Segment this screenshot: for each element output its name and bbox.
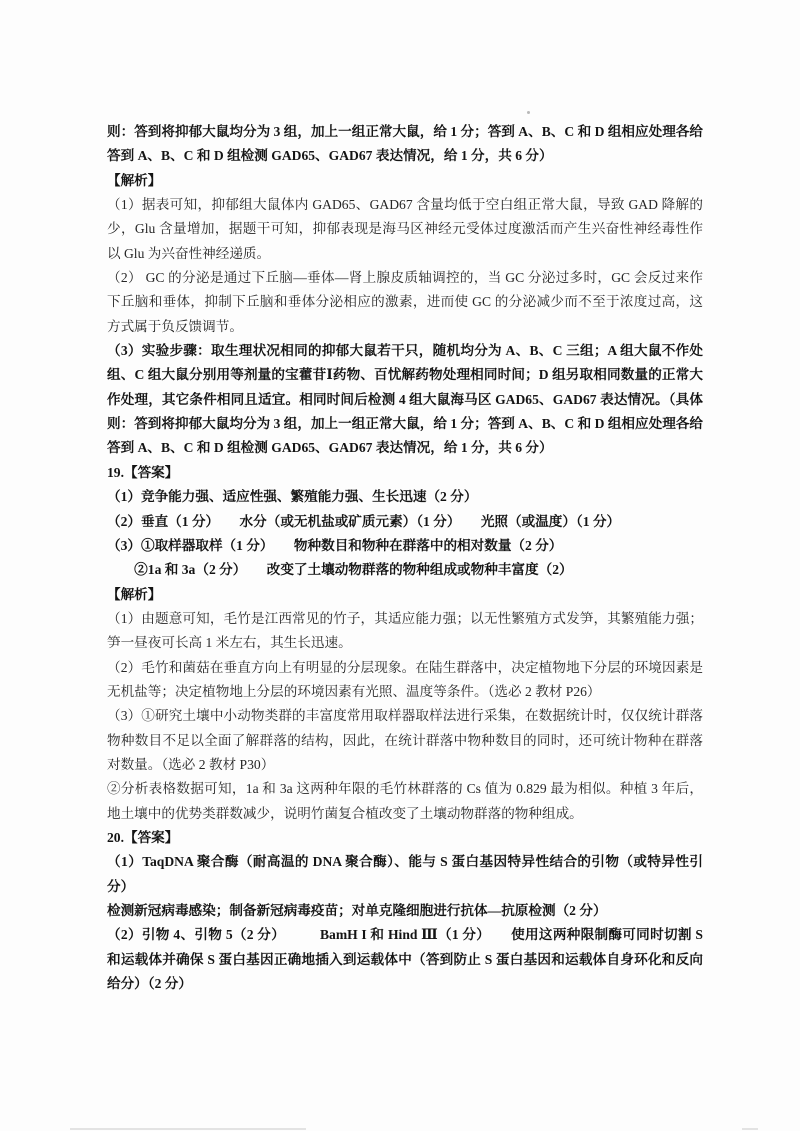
q18-answer-scoring-tail: 则：答到将抑郁大鼠均分为 3 组，加上一组正常大鼠，给 1 分；答到 A、B、C… <box>107 120 703 169</box>
text-line: 下丘脑和垂体，抑制下丘脑和垂体分泌相应的激素，进而使 GC 的分泌减少而不至于浓… <box>107 290 703 314</box>
text-line: （1）竞争能力强、适应性强、繁殖能力强、生长迅速（2 分） <box>107 485 703 509</box>
text-line: 以 Glu 为兴奋性神经递质。 <box>107 242 703 266</box>
text-line: 分） <box>107 875 703 899</box>
text-line: 作处理，其它条件相同且适宜。相同时间后检测 4 组大鼠海马区 GAD65、GAD… <box>107 388 703 412</box>
q18-analysis: 【解析】（1）据表可知，抑郁组大鼠体内 GAD65、GAD67 含量均低于空白组… <box>107 169 703 461</box>
text-line: 少，Glu 含量增加，据题干可知，抑郁表现是海马区神经元受体过度激活而产生兴奋性… <box>107 217 703 241</box>
text-line: （2）毛竹和菌菇在垂直方向上有明显的分层现象。在陆生群落中，决定植物地下分层的环… <box>107 656 703 680</box>
text-line: 组、C 组大鼠分别用等剂量的宝藿苷Ⅰ药物、百忧解药物处理相同时间；D 组另取相同… <box>107 363 703 387</box>
text-line: 20.【答案】 <box>107 826 703 850</box>
q20-answer: 20.【答案】（1）TaqDNA 聚合酶（耐高温的 DNA 聚合酶）、能与 S … <box>107 826 703 996</box>
text-line: 则：答到将抑郁大鼠均分为 3 组，加上一组正常大鼠，给 1 分；答到 A、B、C… <box>107 120 703 144</box>
text-line: （3）实验步骤：取生理状况相同的抑郁大鼠若干只，随机均分为 A、B、C 三组；A… <box>107 339 703 363</box>
text-line: （2） GC 的分泌是通过下丘脑—垂体—肾上腺皮质轴调控的，当 GC 分泌过多时… <box>107 266 703 290</box>
text-line: 无机盐等；决定植物地上分层的环境因素有光照、温度等条件。（选必 2 教材 P26… <box>107 680 703 704</box>
text-line: 19.【答案】 <box>107 461 703 485</box>
text-line: （1）由题意可知，毛竹是江西常见的竹子，其适应能力强；以无性繁殖方式发笋，其繁殖… <box>107 607 703 631</box>
scan-speck-artifact <box>527 111 530 114</box>
text-line: （3）①研究土壤中小动物类群的丰富度常用取样器取样法进行采集，在数据统计时，仅仅… <box>107 704 703 728</box>
q19-analysis: 【解析】（1）由题意可知，毛竹是江西常见的竹子，其适应能力强；以无性繁殖方式发笋… <box>107 583 703 826</box>
scanned-answer-key-page: 则：答到将抑郁大鼠均分为 3 组，加上一组正常大鼠，给 1 分；答到 A、B、C… <box>0 0 800 1131</box>
text-line: 地土壤中的优势类群数减少，说明竹菌复合植改变了土壤动物群落的物种组成。 <box>107 802 703 826</box>
text-line: （2）引物 4、引物 5（2 分） BamH I 和 Hind Ⅲ（1 分） 使… <box>107 923 703 947</box>
text-line: 检测新冠病毒感染；制备新冠病毒疫苗；对单克隆细胞进行抗体—抗原检测（2 分） <box>107 899 703 923</box>
text-line: ②分析表格数据可知，1a 和 3a 这两种年限的毛竹林群落的 Cs 值为 0.8… <box>107 777 703 801</box>
text-line: 答到 A、B、C 和 D 组检测 GAD65、GAD67 表达情况，给 1 分，… <box>107 436 703 460</box>
text-line: ②1a 和 3a（2 分） 改变了土壤动物群落的物种组成或物种丰富度（2） <box>107 558 703 582</box>
text-line: 物种数目不足以全面了解群落的结构，因此，在统计群落中物种数目的同时，还可统计物种… <box>107 729 703 753</box>
text-line: 给分）（2 分） <box>107 972 703 996</box>
scan-footer-artifact-left <box>70 1128 306 1130</box>
text-line: 答到 A、B、C 和 D 组检测 GAD65、GAD67 表达情况，给 1 分，… <box>107 144 703 168</box>
text-line: （1）据表可知，抑郁组大鼠体内 GAD65、GAD67 含量均低于空白组正常大鼠… <box>107 193 703 217</box>
text-line: 方式属于负反馈调节。 <box>107 315 703 339</box>
text-line: 对数量。（选必 2 教材 P30） <box>107 753 703 777</box>
text-line: 笋一昼夜可长高 1 米左右，其生长迅速。 <box>107 631 703 655</box>
scan-footer-artifact-right <box>742 1128 758 1130</box>
text-line: 和运载体并确保 S 蛋白基因正确地插入到运载体中（答到防止 S 蛋白基因和运载体… <box>107 948 703 972</box>
text-line: 【解析】 <box>107 583 703 607</box>
text-line: （3）①取样器取样（1 分） 物种数目和物种在群落中的相对数量（2 分） <box>107 534 703 558</box>
answer-key-text: 则：答到将抑郁大鼠均分为 3 组，加上一组正常大鼠，给 1 分；答到 A、B、C… <box>107 120 703 996</box>
text-line: 则：答到将抑郁大鼠均分为 3 组，加上一组正常大鼠，给 1 分；答到 A、B、C… <box>107 412 703 436</box>
q19-answer: 19.【答案】（1）竞争能力强、适应性强、繁殖能力强、生长迅速（2 分）（2）垂… <box>107 461 703 583</box>
text-line: （2）垂直（1 分） 水分（或无机盐或矿质元素）（1 分） 光照（或温度）（1 … <box>107 510 703 534</box>
text-line: 【解析】 <box>107 169 703 193</box>
text-line: （1）TaqDNA 聚合酶（耐高温的 DNA 聚合酶）、能与 S 蛋白基因特异性… <box>107 850 703 874</box>
